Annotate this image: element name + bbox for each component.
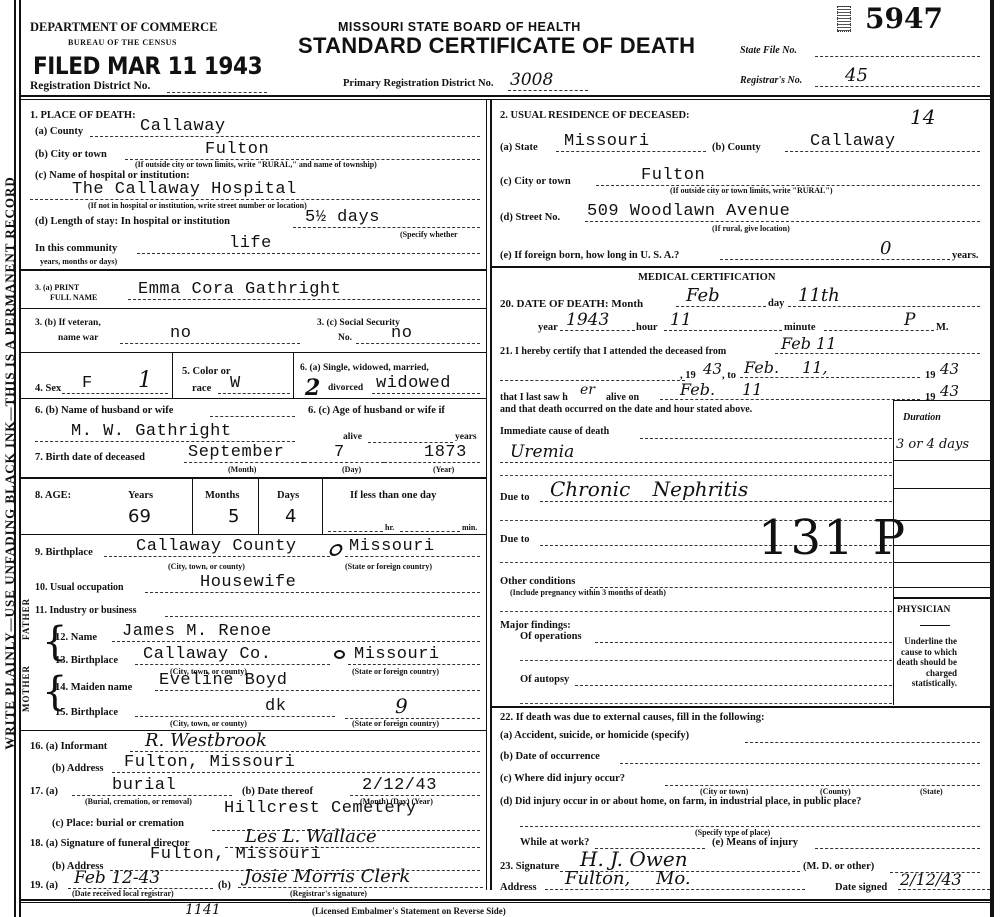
residence-city-label: (c) City or town xyxy=(500,176,571,187)
registrar-label-a: 19. (a) xyxy=(30,880,58,891)
stamp-icon xyxy=(837,6,851,32)
state-file-line xyxy=(815,56,980,57)
external-c-label: (c) Where did injury occur? xyxy=(500,773,625,784)
informant-label: 16. (a) Informant xyxy=(30,741,107,752)
mother-state-note: (State or foreign country) xyxy=(352,719,439,728)
external-c-city: (City or town) xyxy=(700,787,748,796)
header-rule-2 xyxy=(20,99,990,100)
mother-city-note: (City, town, or county) xyxy=(170,719,247,728)
attend-to-value: Feb. 11, xyxy=(740,358,920,378)
foreign-born-label: (e) If foreign born, how long in U. S. A… xyxy=(500,250,679,261)
father-birthplace-label: 13. Birthplace xyxy=(55,655,118,666)
state-file-label: State File No. xyxy=(740,45,797,56)
death-date-label: 20. DATE OF DEATH: Month xyxy=(500,298,643,310)
bottom-number: 1141 xyxy=(185,902,221,917)
age-label: 8. AGE: xyxy=(35,490,71,501)
margin-instruction-text: WRITE PLAINLY—USE UNFADING BLACK INK—THI… xyxy=(2,23,18,903)
department-label: DEPARTMENT OF COMMERCE xyxy=(30,20,218,35)
mother-birthplace-city: dk xyxy=(135,697,335,717)
bottom-rule-2 xyxy=(20,902,990,903)
age-months-label: Months xyxy=(205,490,239,501)
death-day-value: 11th xyxy=(788,285,980,307)
physician-rule xyxy=(893,597,990,599)
duration-label: Duration xyxy=(903,412,941,423)
age-years-value: 69 xyxy=(128,506,151,527)
last-saw-label-b: alive on xyxy=(606,392,639,403)
external-heading: 22. If death was due to external causes,… xyxy=(500,712,765,723)
section-rule xyxy=(491,266,990,268)
means-line xyxy=(815,848,980,849)
birth-year-value: 1873 xyxy=(384,443,480,463)
physician-note: Underline the cause to which death shoul… xyxy=(895,636,957,689)
duration-top-rule xyxy=(893,400,990,401)
last-saw-value: Feb. 11 xyxy=(660,380,920,400)
birthplace-label: 9. Birthplace xyxy=(35,547,93,558)
cell-divider xyxy=(293,353,294,398)
community-note: years, months or days) xyxy=(40,257,117,266)
burial-type-value: burial xyxy=(72,776,232,796)
sex-label: 4. Sex xyxy=(35,383,61,394)
external-d-label: (d) Did injury occur in or about home, o… xyxy=(500,796,861,807)
age-years-label: Years xyxy=(128,490,153,501)
duration-rule xyxy=(893,488,990,489)
birth-year-note: (Year) xyxy=(433,465,454,474)
cell-divider xyxy=(172,353,173,398)
birthplace-mark xyxy=(328,544,344,556)
social-security-label-b: No. xyxy=(338,333,352,343)
full-name-label-a: 3. (a) PRINT xyxy=(35,283,79,292)
father-birthplace-state: Missouri xyxy=(348,645,480,665)
birthplace-state-note: (State or foreign country) xyxy=(345,562,432,571)
death-m-label: M. xyxy=(936,322,949,333)
row-rule xyxy=(20,352,486,353)
external-c-state: (State) xyxy=(920,787,943,796)
registration-district-line xyxy=(167,92,267,93)
immediate-duration: 3 or 4 days xyxy=(896,437,969,452)
death-occurred-text: and that death occurred on the date and … xyxy=(500,404,752,415)
external-b-label: (b) Date of occurrence xyxy=(500,751,600,762)
primary-district-value: 3008 xyxy=(508,70,588,91)
residence-heading: 2. USUAL RESIDENCE OF DECEASED: xyxy=(500,110,690,121)
section-rule xyxy=(20,477,486,479)
age-months-value: 5 xyxy=(228,506,239,527)
physician-underline xyxy=(920,625,950,626)
other-conditions-label: Other conditions xyxy=(500,576,575,587)
duration-rule xyxy=(893,562,990,563)
age-divider xyxy=(322,478,323,534)
due-to-2-label: Due to xyxy=(500,534,529,545)
marital-label-b: divorced xyxy=(328,383,363,393)
death-hour-label: hour xyxy=(636,322,658,333)
registrar-label-b: (b) xyxy=(218,880,231,891)
residence-county-value: Callaway xyxy=(785,132,980,152)
sex-mark: 1 xyxy=(138,368,152,393)
birth-month-value: September xyxy=(184,443,304,463)
duration-rule xyxy=(893,545,990,546)
physician-address-label: Address xyxy=(500,882,537,893)
residence-street-value: 509 Woodlawn Avenue xyxy=(585,202,980,222)
attend-from-year: 43 xyxy=(703,360,722,378)
external-a-line xyxy=(745,742,980,743)
cause-line xyxy=(520,660,892,661)
autopsy-line xyxy=(575,685,892,686)
page-border-right xyxy=(990,0,994,917)
birthplace-city-note: (City, town, or county) xyxy=(168,562,245,571)
registration-district-label: Registration District No. xyxy=(30,80,150,92)
full-name-value: Emma Cora Gathright xyxy=(128,280,480,300)
autopsy-label: Of autopsy xyxy=(520,674,569,685)
death-city-note: (If outside city or town limits, write "… xyxy=(135,160,377,169)
center-divider xyxy=(486,100,487,890)
certify-label: 21. I hereby certify that I attended the… xyxy=(500,346,726,357)
foreign-born-unit: years. xyxy=(952,250,979,261)
spouse-value: M. W. Gathright xyxy=(35,422,295,442)
mother-name-value: Eveline Boyd xyxy=(155,671,480,691)
last-saw-label-a: that I last saw h xyxy=(500,392,568,403)
mother-birthplace-mark: 9 xyxy=(345,694,480,719)
spouse-label: 6. (b) Name of husband or wife xyxy=(35,405,173,416)
attend-to-year: 43 xyxy=(940,360,959,378)
cause-line xyxy=(500,475,892,476)
spouse-age-label-a: 6. (c) Age of husband or wife if xyxy=(308,405,445,416)
burial-place-label: (c) Place: burial or cremation xyxy=(52,818,184,829)
informant-address-value: Fulton, Missouri xyxy=(112,753,480,773)
external-d-line xyxy=(520,826,980,827)
age-days-value: 4 xyxy=(285,506,296,527)
death-year-label: year xyxy=(538,322,558,333)
cause-code-mark: 131 P xyxy=(758,510,907,566)
age-min-line xyxy=(400,531,460,532)
stay-value: 5½ days xyxy=(293,208,480,228)
occupation-value: Housewife xyxy=(145,573,480,593)
operations-line xyxy=(595,642,892,643)
birth-date-label: 7. Birth date of deceased xyxy=(35,452,145,463)
spouse-label-line xyxy=(210,416,295,417)
attend-from-line xyxy=(500,380,685,381)
informant-address-label: (b) Address xyxy=(52,763,103,774)
certificate-title: STANDARD CERTIFICATE OF DEATH xyxy=(298,33,695,59)
row-rule xyxy=(20,308,486,309)
external-c-county: (County) xyxy=(820,787,851,796)
full-name-label-b: FULL NAME xyxy=(50,293,97,302)
residence-county-label: (b) County xyxy=(712,142,761,153)
major-findings-label: Major findings: xyxy=(500,620,571,631)
death-city-value: Fulton xyxy=(125,140,480,160)
residence-city-note: (If outside city or town limits, write "… xyxy=(670,186,833,195)
date-signed-label: Date signed xyxy=(835,882,887,893)
age-min-label: min. xyxy=(462,523,477,532)
operations-label: Of operations xyxy=(520,631,582,642)
death-minute-value: P xyxy=(824,310,934,331)
social-security-value: no xyxy=(356,324,480,344)
residence-state-value: Missouri xyxy=(556,132,706,152)
residence-state-label: (a) State xyxy=(500,142,538,153)
marital-value: widowed xyxy=(372,374,480,394)
row-rule xyxy=(20,534,486,535)
immediate-cause-line xyxy=(640,438,892,439)
cause-line xyxy=(500,611,892,612)
immediate-cause-label: Immediate cause of death xyxy=(500,426,609,437)
birth-day-value: 7 xyxy=(304,443,384,463)
embalmer-statement: (Licensed Embalmer's Statement on Revers… xyxy=(312,906,506,916)
death-county-value: Callaway xyxy=(90,117,480,137)
father-birthplace-city: Callaway Co. xyxy=(135,645,330,665)
other-conditions-note: (Include pregnancy within 3 months of de… xyxy=(510,588,666,597)
father-name-value: James M. Renoe xyxy=(112,622,480,642)
burial-date-value: 2/12/43 xyxy=(350,776,480,796)
last-saw-year: 43 xyxy=(940,382,959,400)
sex-value: F xyxy=(62,374,168,394)
age-hr-label: hr. xyxy=(385,523,394,532)
residence-city-value: Fulton xyxy=(596,166,980,186)
age-divider xyxy=(258,478,259,534)
cause-line xyxy=(520,703,892,704)
race-value: W xyxy=(218,374,290,394)
residence-margin-mark: 14 xyxy=(910,105,935,129)
duration-rule xyxy=(893,460,990,461)
board-name: MISSOURI STATE BOARD OF HEALTH xyxy=(338,20,581,34)
filed-stamp: FILED MAR 11 1943 xyxy=(33,52,262,80)
death-minute-label: minute xyxy=(784,322,816,333)
industry-label: 11. Industry or business xyxy=(35,605,137,616)
burial-type-note: (Burial, cremation, or removal) xyxy=(85,797,192,806)
duration-rule xyxy=(893,587,990,588)
residence-street-note: (If rural, give location) xyxy=(712,224,790,233)
death-city-label: (b) City or town xyxy=(35,149,107,160)
date-received-note: (Date received local registrar) xyxy=(72,889,174,898)
industry-line xyxy=(165,616,480,617)
certificate-number: 5947 xyxy=(865,2,943,35)
father-birthplace-mark xyxy=(334,650,345,659)
mother-side-label: MOTHER xyxy=(21,665,31,712)
header-rule xyxy=(20,95,990,97)
death-hour-value: 11 xyxy=(664,310,782,331)
father-name-label: 12. Name xyxy=(55,632,97,643)
duration-rule xyxy=(893,520,990,521)
primary-district-label: Primary Registration District No. xyxy=(343,78,493,89)
mother-name-label: 14. Maiden name xyxy=(55,682,132,693)
immediate-cause-value: Uremia xyxy=(500,442,892,463)
external-b-line xyxy=(620,763,980,764)
age-divider xyxy=(192,478,193,534)
spouse-age-label-b: alive xyxy=(343,432,362,442)
attend-from-value: Feb 11 xyxy=(775,334,980,354)
veteran-value: no xyxy=(120,324,300,344)
external-d-note: (Specify type of place) xyxy=(695,828,770,837)
occupation-label: 10. Usual occupation xyxy=(35,582,124,593)
informant-signature: R. Westbrook xyxy=(130,730,480,752)
section-rule xyxy=(491,706,990,708)
last-saw-pronoun: er xyxy=(580,382,595,398)
attend-to-year-prefix: 19 xyxy=(925,370,936,381)
md-label: (M. D. or other) xyxy=(803,861,874,872)
margin-border-right-of-left xyxy=(19,0,21,917)
race-label-b: race xyxy=(192,383,211,394)
external-c-line xyxy=(665,785,980,786)
birthplace-city-value: Callaway County xyxy=(104,537,330,557)
bureau-label: BUREAU OF THE CENSUS xyxy=(68,38,177,47)
foreign-born-value: 0 xyxy=(720,238,950,260)
birth-day-note: (Day) xyxy=(342,465,361,474)
section-rule xyxy=(20,269,486,271)
death-day-label: day xyxy=(768,298,784,309)
external-a-label: (a) Accident, suicide, or homicide (spec… xyxy=(500,730,689,741)
date-received-value: Feb 12-43 xyxy=(68,868,213,889)
hospital-note: (If not in hospital or institution, writ… xyxy=(88,201,307,210)
registrar-no-value: 45 xyxy=(815,65,980,87)
age-hr-line xyxy=(328,531,383,532)
stay-label: (d) Length of stay: In hospital or insti… xyxy=(35,216,230,227)
physician-address-value: Fulton, Mo. xyxy=(545,868,805,890)
community-value: life xyxy=(137,234,480,254)
marital-label-a: 6. (a) Single, widowed, married, xyxy=(300,363,429,373)
age-days-label: Days xyxy=(277,490,299,501)
death-year-value: 1943 xyxy=(560,310,635,331)
bottom-rule xyxy=(20,899,990,901)
father-side-label: FATHER xyxy=(21,598,31,640)
veteran-label-a: 3. (b) If veteran, xyxy=(35,318,101,328)
community-label: In this community xyxy=(35,243,117,254)
veteran-label-b: name war xyxy=(58,333,98,343)
registrar-signature: Josie Morris Clerk xyxy=(238,866,483,888)
registrar-sig-note: (Registrar's signature) xyxy=(290,889,367,898)
date-signed-value: 2/12/43 xyxy=(898,870,990,890)
age-less-label: If less than one day xyxy=(350,490,436,501)
due-to-1-value: Chronic Nephritis xyxy=(540,477,892,502)
physician-heading: PHYSICIAN xyxy=(897,605,950,615)
residence-street-label: (d) Street No. xyxy=(500,212,560,223)
row-rule xyxy=(20,398,486,399)
burial-date-label: (b) Date thereof xyxy=(242,786,313,797)
death-county-label: (a) County xyxy=(35,126,83,137)
medical-heading: MEDICAL CERTIFICATION xyxy=(638,272,775,283)
due-to-1-label: Due to xyxy=(500,492,529,503)
birth-month-note: (Month) xyxy=(228,465,256,474)
registrar-no-label: Registrar's No. xyxy=(740,75,802,86)
last-saw-year-prefix: 19 xyxy=(925,392,936,403)
birthplace-state-value: Missouri xyxy=(345,537,480,557)
death-month-value: Feb xyxy=(676,285,766,307)
burial-type-label: 17. (a) xyxy=(30,786,58,797)
center-divider-2 xyxy=(490,100,492,890)
spouse-age-unit: years xyxy=(455,432,477,442)
hospital-value: The Callaway Hospital xyxy=(30,180,480,200)
mother-birthplace-label: 15. Birthplace xyxy=(55,707,118,718)
